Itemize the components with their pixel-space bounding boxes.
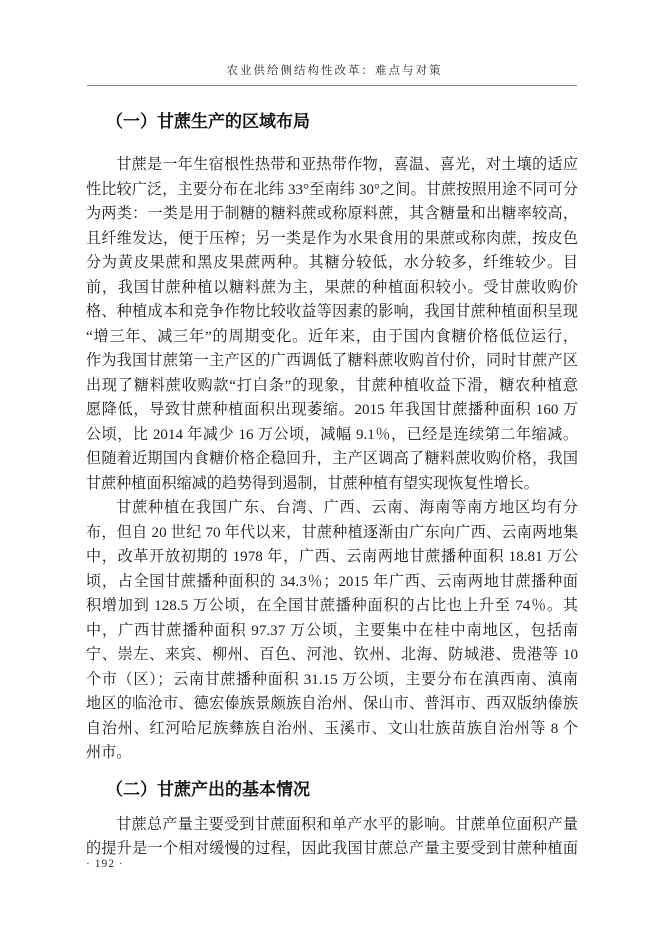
section-heading: （一）甘蔗生产的区域布局 <box>86 111 578 132</box>
text-line: 顷，占全国甘蔗播种面积的 34.3％；2015 年广西、云南两地甘蔗播种面 <box>86 570 578 595</box>
text-line: 作为我国甘蔗第一主产区的广西调低了糖料蔗收购首付价，同时甘蔗产区 <box>86 349 578 374</box>
text-line: 甘蔗种植面积缩减的趋势得到遏制，甘蔗种植有望实现恢复性增长。 <box>86 472 578 497</box>
text-line: 但随着近期国内食糖价格企稳回升，主产区调高了糖料蔗收购价格，我国 <box>86 447 578 472</box>
text-line: 出现了糖料蔗收购款“打白条”的现象，甘蔗种植收益下滑，糖农种植意 <box>86 374 578 399</box>
text-line: 分为黄皮果蔗和黑皮果蔗两种。其糖分较低，水分较多，纤维较少。目 <box>86 251 578 276</box>
text-line: 的提升是一个相对缓慢的过程，因此我国甘蔗总产量主要受到甘蔗种植面 <box>86 837 578 862</box>
paragraph: 甘蔗总产量主要受到甘蔗面积和单产水平的影响。甘蔗单位面积产量的提升是一个相对缓慢… <box>86 813 578 862</box>
text-line: 甘蔗是一年生宿根性热带和亚热带作物，喜温、喜光，对土壤的适应 <box>86 153 578 178</box>
text-line: 性比较广泛，主要分布在北纬 33°至南纬 30°之间。甘蔗按照用途不同可分 <box>86 178 578 203</box>
page-number: · 192 · <box>86 858 124 870</box>
section-heading: （二）甘蔗产出的基本情况 <box>86 779 578 800</box>
text-line: 宁、崇左、来宾、柳州、百色、河池、钦州、北海、防城港、贵港等 10 <box>86 643 578 668</box>
text-line: 格、种植成本和竞争作物比较收益等因素的影响，我国甘蔗种植面积呈现 <box>86 300 578 325</box>
running-header: 农业供给侧结构性改革：难点与对策 <box>0 62 669 78</box>
text-line: 地区的临沧市、德宏傣族景颇族自治州、保山市、普洱市、西双版纳傣族 <box>86 692 578 717</box>
text-line: 且纤维发达，便于压榨；另一类是作为水果食用的果蔗或称肉蔗，按皮色 <box>86 227 578 252</box>
page-content: （一）甘蔗生产的区域布局甘蔗是一年生宿根性热带和亚热带作物，喜温、喜光，对土壤的… <box>86 111 578 862</box>
text-line: 积增加到 128.5 万公顷，在全国甘蔗播种面积的占比也上升至 74％。其 <box>86 594 578 619</box>
text-line: 甘蔗种植在我国广东、台湾、广西、云南、海南等南方地区均有分 <box>86 496 578 521</box>
text-line: “增三年、减三年”的周期变化。近年来，由于国内食糖价格低位运行， <box>86 325 578 350</box>
header-rule <box>87 85 577 86</box>
book-page: 农业供给侧结构性改革：难点与对策 （一）甘蔗生产的区域布局甘蔗是一年生宿根性热带… <box>0 0 669 945</box>
text-line: 中，改革开放初期的 1978 年，广西、云南两地甘蔗播种面积 18.81 万公 <box>86 545 578 570</box>
text-line: 中，广西甘蔗播种面积 97.37 万公顷，主要集中在桂中南地区，包括南 <box>86 619 578 644</box>
text-line: 公顷，比 2014 年减少 16 万公顷，减幅 9.1％，已经是连续第二年缩减。 <box>86 423 578 448</box>
text-line: 布，但自 20 世纪 70 年代以来，甘蔗种植逐渐由广东向广西、云南两地集 <box>86 521 578 546</box>
text-line: 个市（区）；云南甘蔗播种面积 31.15 万公顷，主要分布在滇西南、滇南 <box>86 668 578 693</box>
text-line: 州市。 <box>86 741 578 766</box>
text-line: 为两类：一类是用于制糖的糖料蔗或称原料蔗，其含糖量和出糖率较高， <box>86 202 578 227</box>
text-line: 前，我国甘蔗种植以糖料蔗为主，果蔗的种植面积较小。受甘蔗收购价 <box>86 276 578 301</box>
paragraph: 甘蔗种植在我国广东、台湾、广西、云南、海南等南方地区均有分布，但自 20 世纪 … <box>86 496 578 766</box>
text-line: 自治州、红河哈尼族彝族自治州、玉溪市、文山壮族苗族自治州等 8 个 <box>86 717 578 742</box>
text-line: 甘蔗总产量主要受到甘蔗面积和单产水平的影响。甘蔗单位面积产量 <box>86 813 578 838</box>
text-line: 愿降低，导致甘蔗种植面积出现萎缩。2015 年我国甘蔗播种面积 160 万 <box>86 398 578 423</box>
paragraph: 甘蔗是一年生宿根性热带和亚热带作物，喜温、喜光，对土壤的适应性比较广泛，主要分布… <box>86 153 578 496</box>
